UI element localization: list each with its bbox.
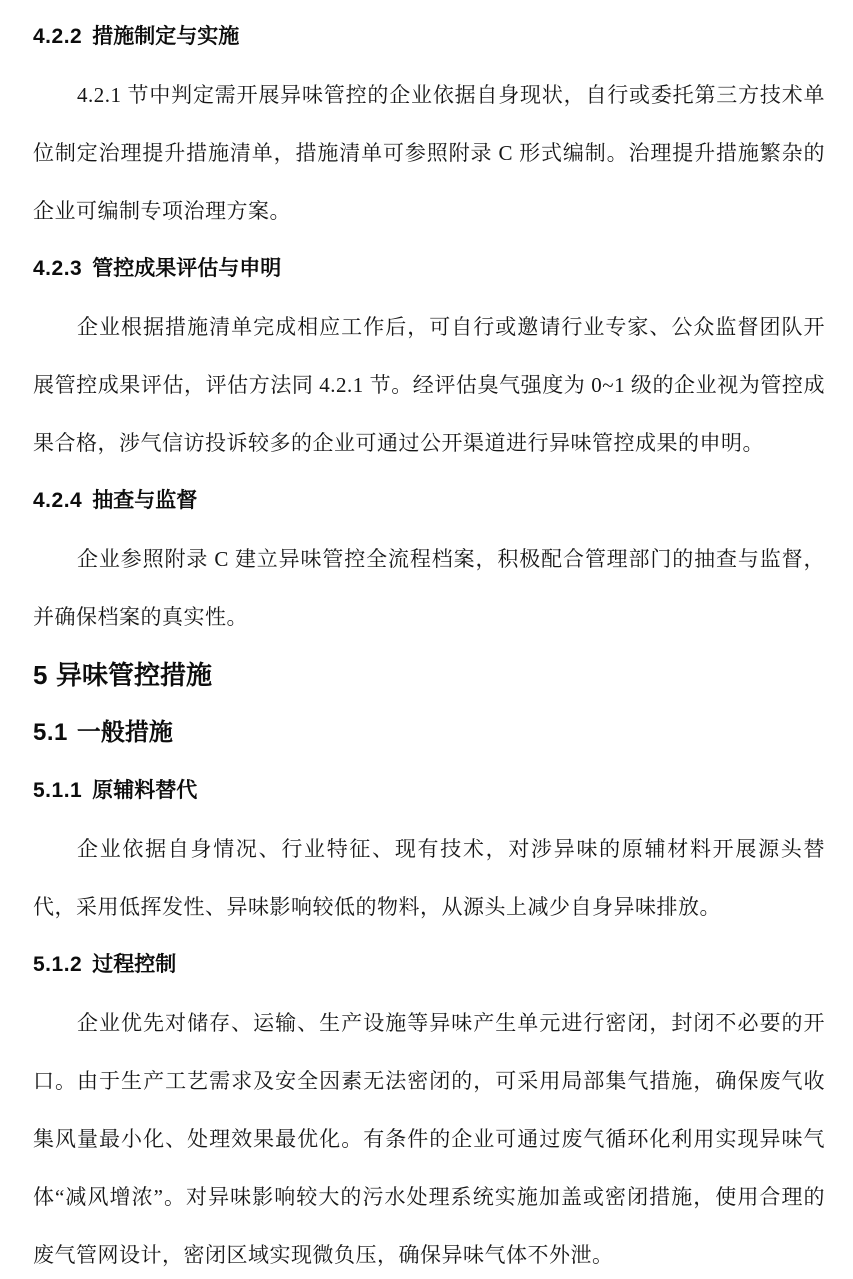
- paragraph-measure-formulation: 4.2.1 节中判定需开展异味管控的企业依据自身现状，自行或委托第三方技术单位制…: [33, 66, 825, 240]
- heading-title: 原辅料替代: [92, 779, 197, 802]
- paragraph-inspection-supervision: 企业参照附录 C 建立异味管控全流程档案，积极配合管理部门的抽查与监督，并确保档…: [33, 530, 825, 646]
- heading-title: 过程控制: [92, 953, 176, 976]
- heading-title: 异味管控措施: [56, 660, 212, 690]
- heading-number: 5: [33, 660, 48, 690]
- heading-title: 管控成果评估与申明: [92, 257, 281, 280]
- heading-number: 5.1: [33, 719, 68, 746]
- chapter-heading-5: 5异味管控措施: [33, 646, 825, 704]
- section-heading-5-1-1: 5.1.1原辅料替代: [33, 762, 825, 820]
- section-heading-5-1-2: 5.1.2过程控制: [33, 936, 825, 994]
- paragraph-process-control: 企业优先对储存、运输、生产设施等异味产生单元进行密闭，封闭不必要的开口。由于生产…: [33, 994, 825, 1279]
- section-heading-4-2-2: 4.2.2措施制定与实施: [33, 8, 825, 66]
- section-heading-5-1: 5.1一般措施: [33, 704, 825, 762]
- heading-number: 4.2.4: [33, 489, 82, 512]
- document-page: 4.2.2措施制定与实施 4.2.1 节中判定需开展异味管控的企业依据自身现状，…: [0, 0, 853, 1279]
- heading-number: 4.2.3: [33, 257, 82, 280]
- document-body: { "page": { "background_color": "#ffffff…: [0, 0, 853, 1279]
- heading-number: 5.1.2: [33, 953, 82, 976]
- paragraph-raw-material-substitution: 企业依据自身情况、行业特征、现有技术，对涉异味的原辅材料开展源头替代，采用低挥发…: [33, 820, 825, 936]
- heading-title: 抽查与监督: [92, 489, 197, 512]
- section-heading-4-2-4: 4.2.4抽查与监督: [33, 472, 825, 530]
- paragraph-result-evaluation: 企业根据措施清单完成相应工作后，可自行或邀请行业专家、公众监督团队开展管控成果评…: [33, 298, 825, 472]
- heading-title: 措施制定与实施: [92, 25, 239, 48]
- heading-number: 4.2.2: [33, 25, 82, 48]
- heading-title: 一般措施: [77, 719, 173, 746]
- heading-number: 5.1.1: [33, 779, 82, 802]
- section-heading-4-2-3: 4.2.3管控成果评估与申明: [33, 240, 825, 298]
